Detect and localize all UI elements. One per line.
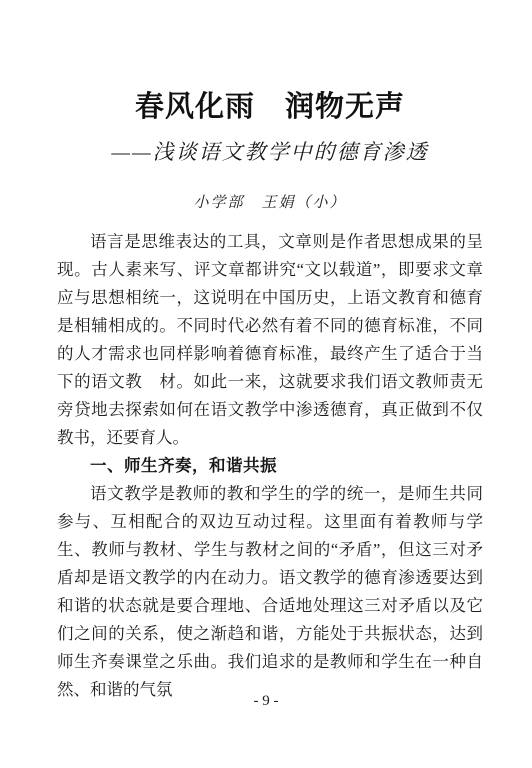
doc-subtitle: ——浅谈语文教学中的德育渗透 xyxy=(57,138,483,166)
author-line: 小学部 王娟（小） xyxy=(57,194,483,212)
paragraph-1: 语言是思维表达的工具，文章则是作者思想成果的呈现。古人素来写、评文章都讲究“文以… xyxy=(57,228,483,452)
paragraph-2: 语文教学是教师的教和学生的学的统一，是师生共同参与、互相配合的双边互动过程。这里… xyxy=(57,480,483,704)
section-heading-1: 一、师生齐奏，和谐共振 xyxy=(57,452,483,480)
document-page: 春风化雨 润物无声 ——浅谈语文教学中的德育渗透 小学部 王娟（小） 语言是思维… xyxy=(0,0,532,768)
body-text: 语言是思维表达的工具，文章则是作者思想成果的呈现。古人素来写、评文章都讲究“文以… xyxy=(57,228,483,704)
doc-title: 春风化雨 润物无声 xyxy=(57,0,483,124)
page-number: - 9 - xyxy=(0,691,532,711)
